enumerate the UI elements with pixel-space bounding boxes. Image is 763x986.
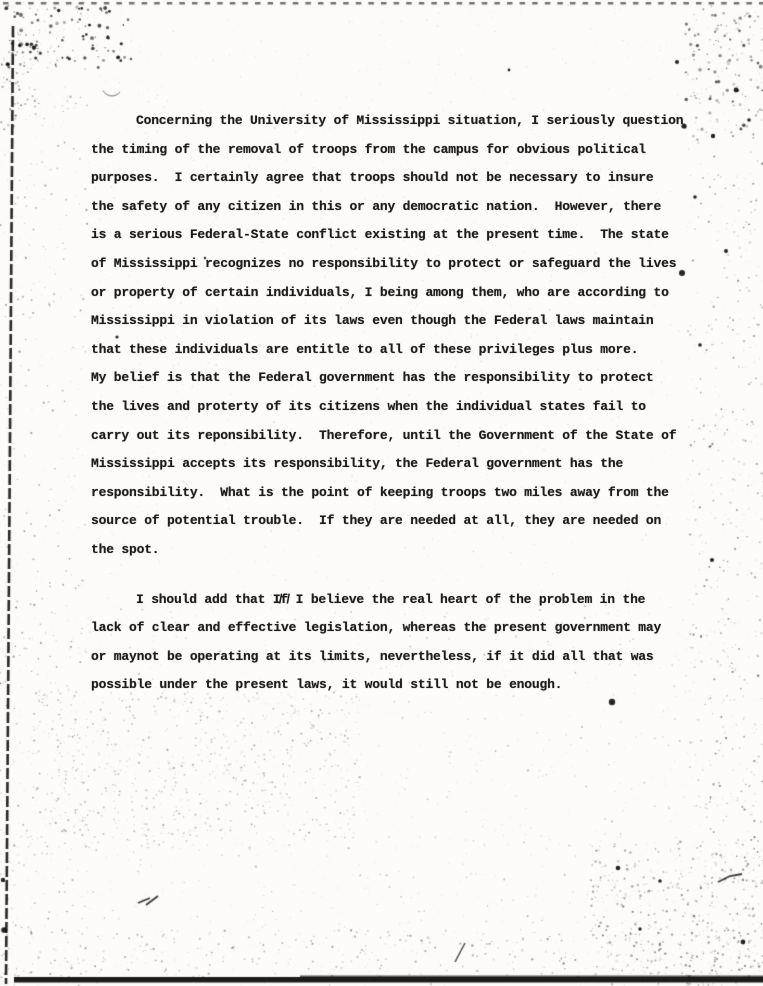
scanned-document-page: Concerning the University of Mississippi… bbox=[0, 0, 763, 986]
text-line: the spot. bbox=[91, 536, 695, 565]
text-line: the safety of any citizen in this or any… bbox=[91, 193, 695, 222]
text-line: purposes. I certainly agree that troops … bbox=[91, 164, 695, 193]
text-line: that these individuals are entitle to al… bbox=[91, 336, 695, 365]
text-line: responsibility. What is the point of kee… bbox=[91, 479, 695, 508]
text-line: is a serious Federal-State conflict exis… bbox=[91, 221, 695, 250]
text-line: or maynot be operating at its limits, ne… bbox=[91, 643, 695, 672]
text-line: Concerning the University of Mississippi… bbox=[91, 107, 695, 136]
paragraph-2: I should add that I̸f̸ I believe the rea… bbox=[91, 586, 695, 700]
text-line: My belief is that the Federal government… bbox=[91, 364, 695, 393]
text-line: possible under the present laws, it woul… bbox=[91, 671, 695, 700]
text-line: source of potential trouble. If they are… bbox=[91, 507, 695, 536]
text-line: lack of clear and effective legislation,… bbox=[91, 614, 695, 643]
paragraph-1: Concerning the University of Mississippi… bbox=[91, 107, 695, 565]
text-line: carry out its reponsibility. Therefore, … bbox=[91, 422, 695, 451]
text-line: the lives and proterty of its citizens w… bbox=[91, 393, 695, 422]
text-line: Mississippi in violation of its laws eve… bbox=[91, 307, 695, 336]
text-line: the timing of the removal of troops from… bbox=[91, 136, 695, 165]
text-line: of Mississippi recognizes no responsibil… bbox=[91, 250, 695, 279]
text-line: or property of certain individuals, I be… bbox=[91, 279, 695, 308]
text-line: I should add that I̸f̸ I believe the rea… bbox=[91, 586, 695, 615]
document-text: Concerning the University of Mississippi… bbox=[91, 107, 695, 700]
text-line: Mississippi accepts its responsibility, … bbox=[91, 450, 695, 479]
